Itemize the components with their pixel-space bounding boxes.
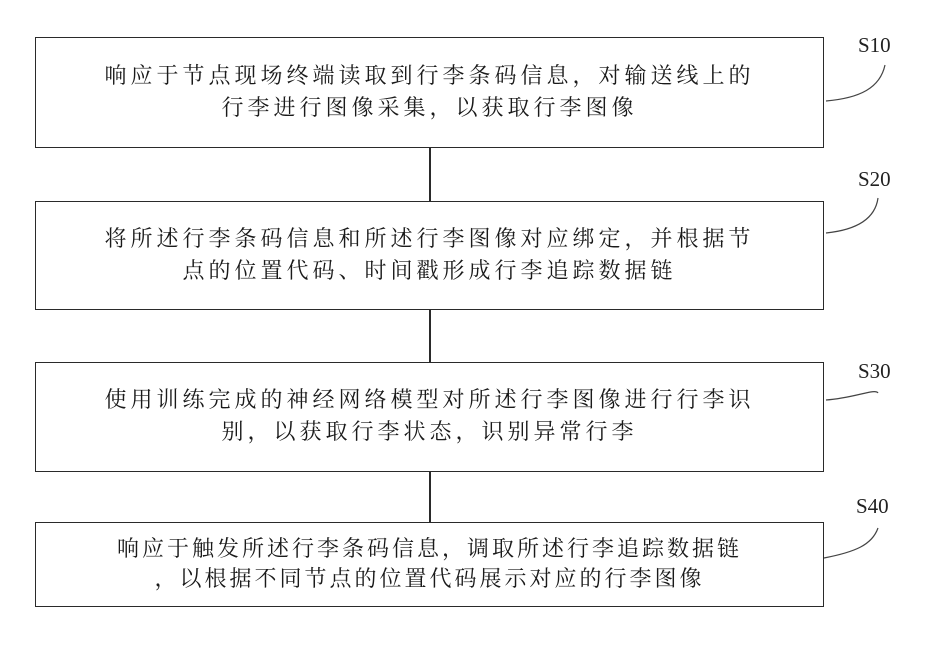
step-box-s20: 将所述行李条码信息和所述行李图像对应绑定，并根据节 点的位置代码、时间戳形成行李… (35, 201, 824, 310)
step-text-s10: 响应于节点现场终端读取到行李条码信息，对输送线上的 行李进行图像采集，以获取行李… (94, 61, 764, 125)
leader-curve-s20 (826, 198, 878, 233)
step-label-s40: S40 (856, 494, 889, 519)
step-label-s10: S10 (858, 33, 891, 58)
step-box-s10: 响应于节点现场终端读取到行李条码信息，对输送线上的 行李进行图像采集，以获取行李… (35, 37, 824, 148)
leader-curve-s10 (826, 65, 885, 101)
step-text-s30: 使用训练完成的神经网络模型对所述行李图像进行行李识 别，以获取行李状态，识别异常… (94, 385, 764, 449)
leader-curve-s40 (824, 528, 878, 558)
step-label-s20: S20 (858, 167, 891, 192)
step-box-s40: 响应于触发所述行李条码信息，调取所述行李追踪数据链 ，以根据不同节点的位置代码展… (35, 522, 824, 607)
leader-curve-s30 (826, 392, 878, 400)
step-label-s30: S30 (858, 359, 891, 384)
step-box-s30: 使用训练完成的神经网络模型对所述行李图像进行行李识 别，以获取行李状态，识别异常… (35, 362, 824, 472)
connector-s20-s30 (429, 310, 431, 362)
step-text-s20: 将所述行李条码信息和所述行李图像对应绑定，并根据节 点的位置代码、时间戳形成行李… (94, 224, 764, 288)
connector-s30-s40 (429, 472, 431, 522)
connector-s10-s20 (429, 148, 431, 201)
step-text-s40: 响应于触发所述行李条码信息，调取所述行李追踪数据链 ，以根据不同节点的位置代码展… (107, 535, 752, 595)
